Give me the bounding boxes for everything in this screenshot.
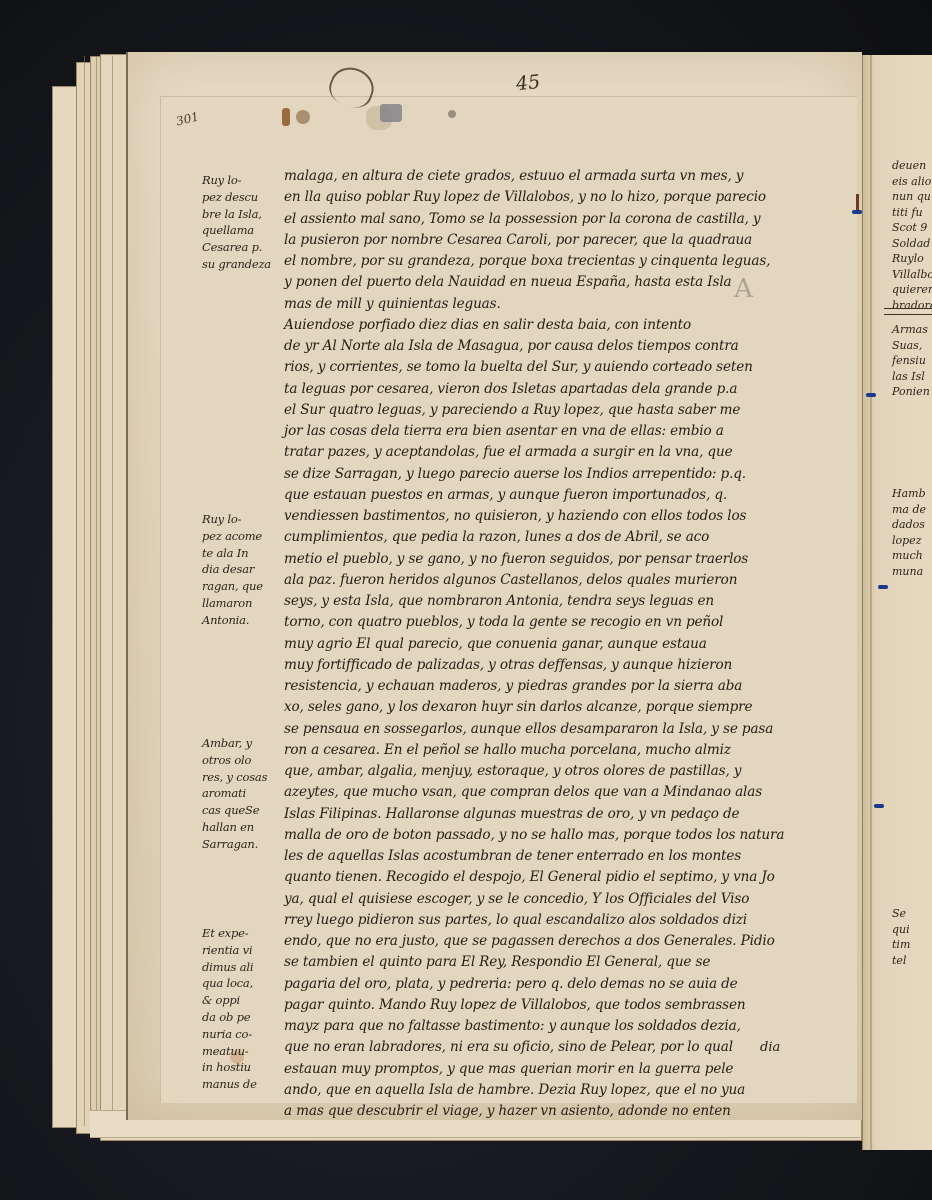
margin-note-line: res, y cosas	[202, 769, 267, 786]
margin-note-line: pez descu	[202, 189, 271, 206]
manuscript-line: que no eran labradores, ni era su oficio…	[284, 1039, 733, 1055]
margin-note-line: Antonia.	[202, 612, 263, 629]
margin-note-line: bre la Isla,	[202, 206, 271, 223]
facing-line: Se	[892, 906, 910, 922]
stain	[448, 110, 456, 118]
manuscript-line: ron a cesarea. En el peñol se hallo much…	[284, 742, 731, 758]
manuscript-line: azeytes, que mucho vsan, que compran del…	[284, 784, 762, 800]
margin-note: Ruy lo-pez descubre la Isla,quellamaCesa…	[202, 172, 271, 273]
margin-note-line: in hostiu	[202, 1059, 257, 1076]
facing-line: Suas,	[892, 338, 930, 354]
manuscript-line: se dize Sarragan, y luego parecio auerse…	[284, 466, 746, 482]
facing-line: much	[892, 548, 926, 564]
margin-note-line: Ruy lo-	[202, 172, 271, 189]
manuscript-line: malaga, en altura de ciete grados, estuu…	[284, 168, 743, 184]
margin-note-line: nuria co-	[202, 1026, 257, 1043]
margin-note-line: pez acome	[202, 528, 263, 545]
facing-line: qui	[892, 922, 910, 938]
facing-line: tel	[892, 953, 910, 969]
binding-thread	[878, 585, 888, 589]
manuscript-line: ta leguas por cesarea, vieron dos Isleta…	[284, 381, 737, 397]
leaf-edge	[96, 56, 97, 1126]
margin-note-line: & oppi	[202, 992, 257, 1009]
margin-note-line: ragan, que	[202, 578, 263, 595]
binding-gutter	[870, 55, 872, 1150]
manuscript-line: malla de oro de boton passado, y no se h…	[284, 827, 784, 843]
facing-text-block: Hambma dedadoslopezmuchmuna	[892, 486, 926, 579]
facing-line: tim	[892, 937, 910, 953]
facing-text-block: deueneis alionun qutiti fuScot 9SoldadRu…	[892, 158, 932, 313]
margin-note: Ruy lo-pez acomete ala India desarragan,…	[202, 511, 263, 629]
manuscript-line: torno, con quatro pueblos, y toda la gen…	[284, 614, 723, 630]
manuscript-line: el assiento mal sano, Tomo se la possess…	[284, 211, 760, 227]
manuscript-line: mayz para que no faltasse bastimento: y …	[284, 1018, 741, 1034]
grey-stain	[380, 104, 402, 122]
manuscript-line: estauan muy promptos, y que mas querian …	[284, 1061, 733, 1077]
manuscript-line: que estauan puestos en armas, y aunque f…	[284, 487, 727, 503]
margin-note-line: aromati	[202, 785, 267, 802]
facing-line: nun qu	[892, 189, 932, 205]
ink-stain	[282, 108, 290, 126]
binding-thread	[852, 210, 862, 214]
manuscript-line: muy agrio El qual parecio, que conuenia …	[284, 636, 707, 652]
manuscript-line: muy fortifficado de palizadas, y otras d…	[284, 657, 732, 673]
facing-text-block: Sequitimtel	[892, 906, 910, 968]
leaf-edge	[112, 56, 113, 1126]
manuscript-line: la pusieron por nombre Cesarea Caroli, p…	[284, 232, 752, 248]
facing-line: las Isl	[892, 369, 930, 385]
facing-line: Ponien	[892, 384, 930, 400]
margin-note-line: Ambar, y	[202, 735, 267, 752]
folio-number: 45	[515, 71, 541, 95]
facing-line: Scot 9	[892, 220, 932, 236]
manuscript-line: les de aquellas Islas acostumbran de ten…	[284, 848, 741, 864]
manuscript-line: cumplimientos, que pedia la razon, lunes…	[284, 529, 709, 545]
facing-line: Villalbo	[892, 267, 932, 283]
manuscript-line: rios, y corrientes, se tomo la buelta de…	[284, 359, 753, 375]
manuscript-line: pagaria del oro, plata, y pedreria: pero…	[284, 976, 738, 992]
facing-line: Soldad	[892, 236, 932, 252]
margin-note-line: Et expe-	[202, 925, 257, 942]
manuscript-line: y ponen del puerto dela Nauidad en nueua…	[284, 274, 732, 290]
margin-note-line: dia desar	[202, 561, 263, 578]
margin-note-line: da ob pe	[202, 1009, 257, 1026]
manuscript-line: jor las cosas dela tierra era bien asent…	[284, 423, 724, 439]
binding-thread	[866, 393, 876, 397]
facing-line: Hamb	[892, 486, 926, 502]
manuscript-line: tratar pazes, y aceptandolas, fue el arm…	[284, 444, 732, 460]
facing-line: quieren	[892, 282, 932, 298]
manuscript-line: Islas Filipinas. Hallaronse algunas mues…	[284, 806, 739, 822]
binding-thread	[874, 804, 884, 808]
facing-line: deuen	[892, 158, 932, 174]
margin-note-line: otros olo	[202, 752, 267, 769]
binding-thread	[856, 194, 859, 210]
facing-line: Ruylo	[892, 251, 932, 267]
facing-line: muna	[892, 564, 926, 580]
facing-line: ma de	[892, 502, 926, 518]
manuscript-line: resistencia, y echauan maderos, y piedra…	[284, 678, 742, 694]
margin-note-line: meatuu-	[202, 1043, 257, 1060]
pencil-mark: A	[734, 274, 753, 304]
facing-divider	[884, 314, 932, 315]
catchword: dia	[760, 1040, 780, 1055]
manuscript-line: pagar quinto. Mando Ruy lopez de Villalo…	[284, 997, 745, 1013]
manuscript-line: ya, qual el quisiese escoger, y se le co…	[284, 891, 749, 907]
facing-line: Armas	[892, 322, 930, 338]
margin-note-line: su grandeza	[202, 256, 271, 273]
margin-note-line: Sarragan.	[202, 836, 267, 853]
manuscript-line: quanto tienen. Recogido el despojo, El G…	[284, 869, 775, 885]
manuscript-line: vendiessen bastimentos, no quisieron, y …	[284, 508, 746, 524]
facing-line: bradore	[892, 298, 932, 314]
manuscript-line: seys, y esta Isla, que nombraron Antonia…	[284, 593, 714, 609]
facing-line: lopez	[892, 533, 926, 549]
manuscript-line: el nombre, por su grandeza, porque boxa …	[284, 253, 770, 269]
facing-divider	[884, 308, 932, 309]
margin-note-line: dimus ali	[202, 959, 257, 976]
manuscript-line: que, ambar, algalia, menjuy, estoraque, …	[284, 763, 741, 779]
margin-note-line: hallan en	[202, 819, 267, 836]
facing-line: fensiu	[892, 353, 930, 369]
facing-line: dados	[892, 517, 926, 533]
leaf-edge	[84, 56, 85, 1126]
facing-line: eis alio	[892, 174, 932, 190]
margin-note: Ambar, yotros olores, y cosasaromaticas …	[202, 735, 267, 853]
manuscript-line: rrey luego pidieron sus partes, lo qual …	[284, 912, 747, 928]
manuscript-line: xo, seles gano, y los dexaron huyr sin d…	[284, 699, 752, 715]
stain	[296, 110, 310, 124]
margin-note-line: Cesarea p.	[202, 239, 271, 256]
margin-note-line: manus de	[202, 1076, 257, 1093]
manuscript-line: en lla quiso poblar Ruy lopez de Villalo…	[284, 189, 766, 205]
manuscript-line: ando, que en aquella Isla de hambre. Dez…	[284, 1082, 745, 1098]
manuscript-line: endo, que no era justo, que se pagassen …	[284, 933, 775, 949]
margin-note-line: llamaron	[202, 595, 263, 612]
manuscript-line: mas de mill y quinientas leguas.	[284, 296, 501, 312]
margin-note-line: rientia vi	[202, 942, 257, 959]
manuscript-line: a mas que descubrir el viage, y hazer vn…	[284, 1103, 731, 1119]
manuscript-line: ala paz. fueron heridos algunos Castella…	[284, 572, 737, 588]
facing-text-block: ArmasSuas,fensiulas IslPonien	[892, 322, 930, 400]
margin-note-line: Ruy lo-	[202, 511, 263, 528]
margin-note-line: qua loca,	[202, 975, 257, 992]
margin-note: Et expe-rientia vidimus aliqua loca,& op…	[202, 925, 257, 1093]
manuscript-line: Auiendose porfiado diez dias en salir de…	[284, 317, 691, 333]
manuscript-line: el Sur quatro leguas, y pareciendo a Ruy…	[284, 402, 740, 418]
manuscript-line: de yr Al Norte ala Isla de Masagua, por …	[284, 338, 739, 354]
margin-note-line: quellama	[202, 222, 271, 239]
manuscript-line: se tambien el quinto para El Rey, Respon…	[284, 954, 710, 970]
manuscript-line: metio el pueblo, y se gano, y no fueron …	[284, 551, 748, 567]
facing-line: titi fu	[892, 205, 932, 221]
margin-note-line: te ala In	[202, 545, 263, 562]
margin-note-line: cas queSe	[202, 802, 267, 819]
manuscript-line: se pensaua en sossegarlos, aunque ellos …	[284, 721, 773, 737]
